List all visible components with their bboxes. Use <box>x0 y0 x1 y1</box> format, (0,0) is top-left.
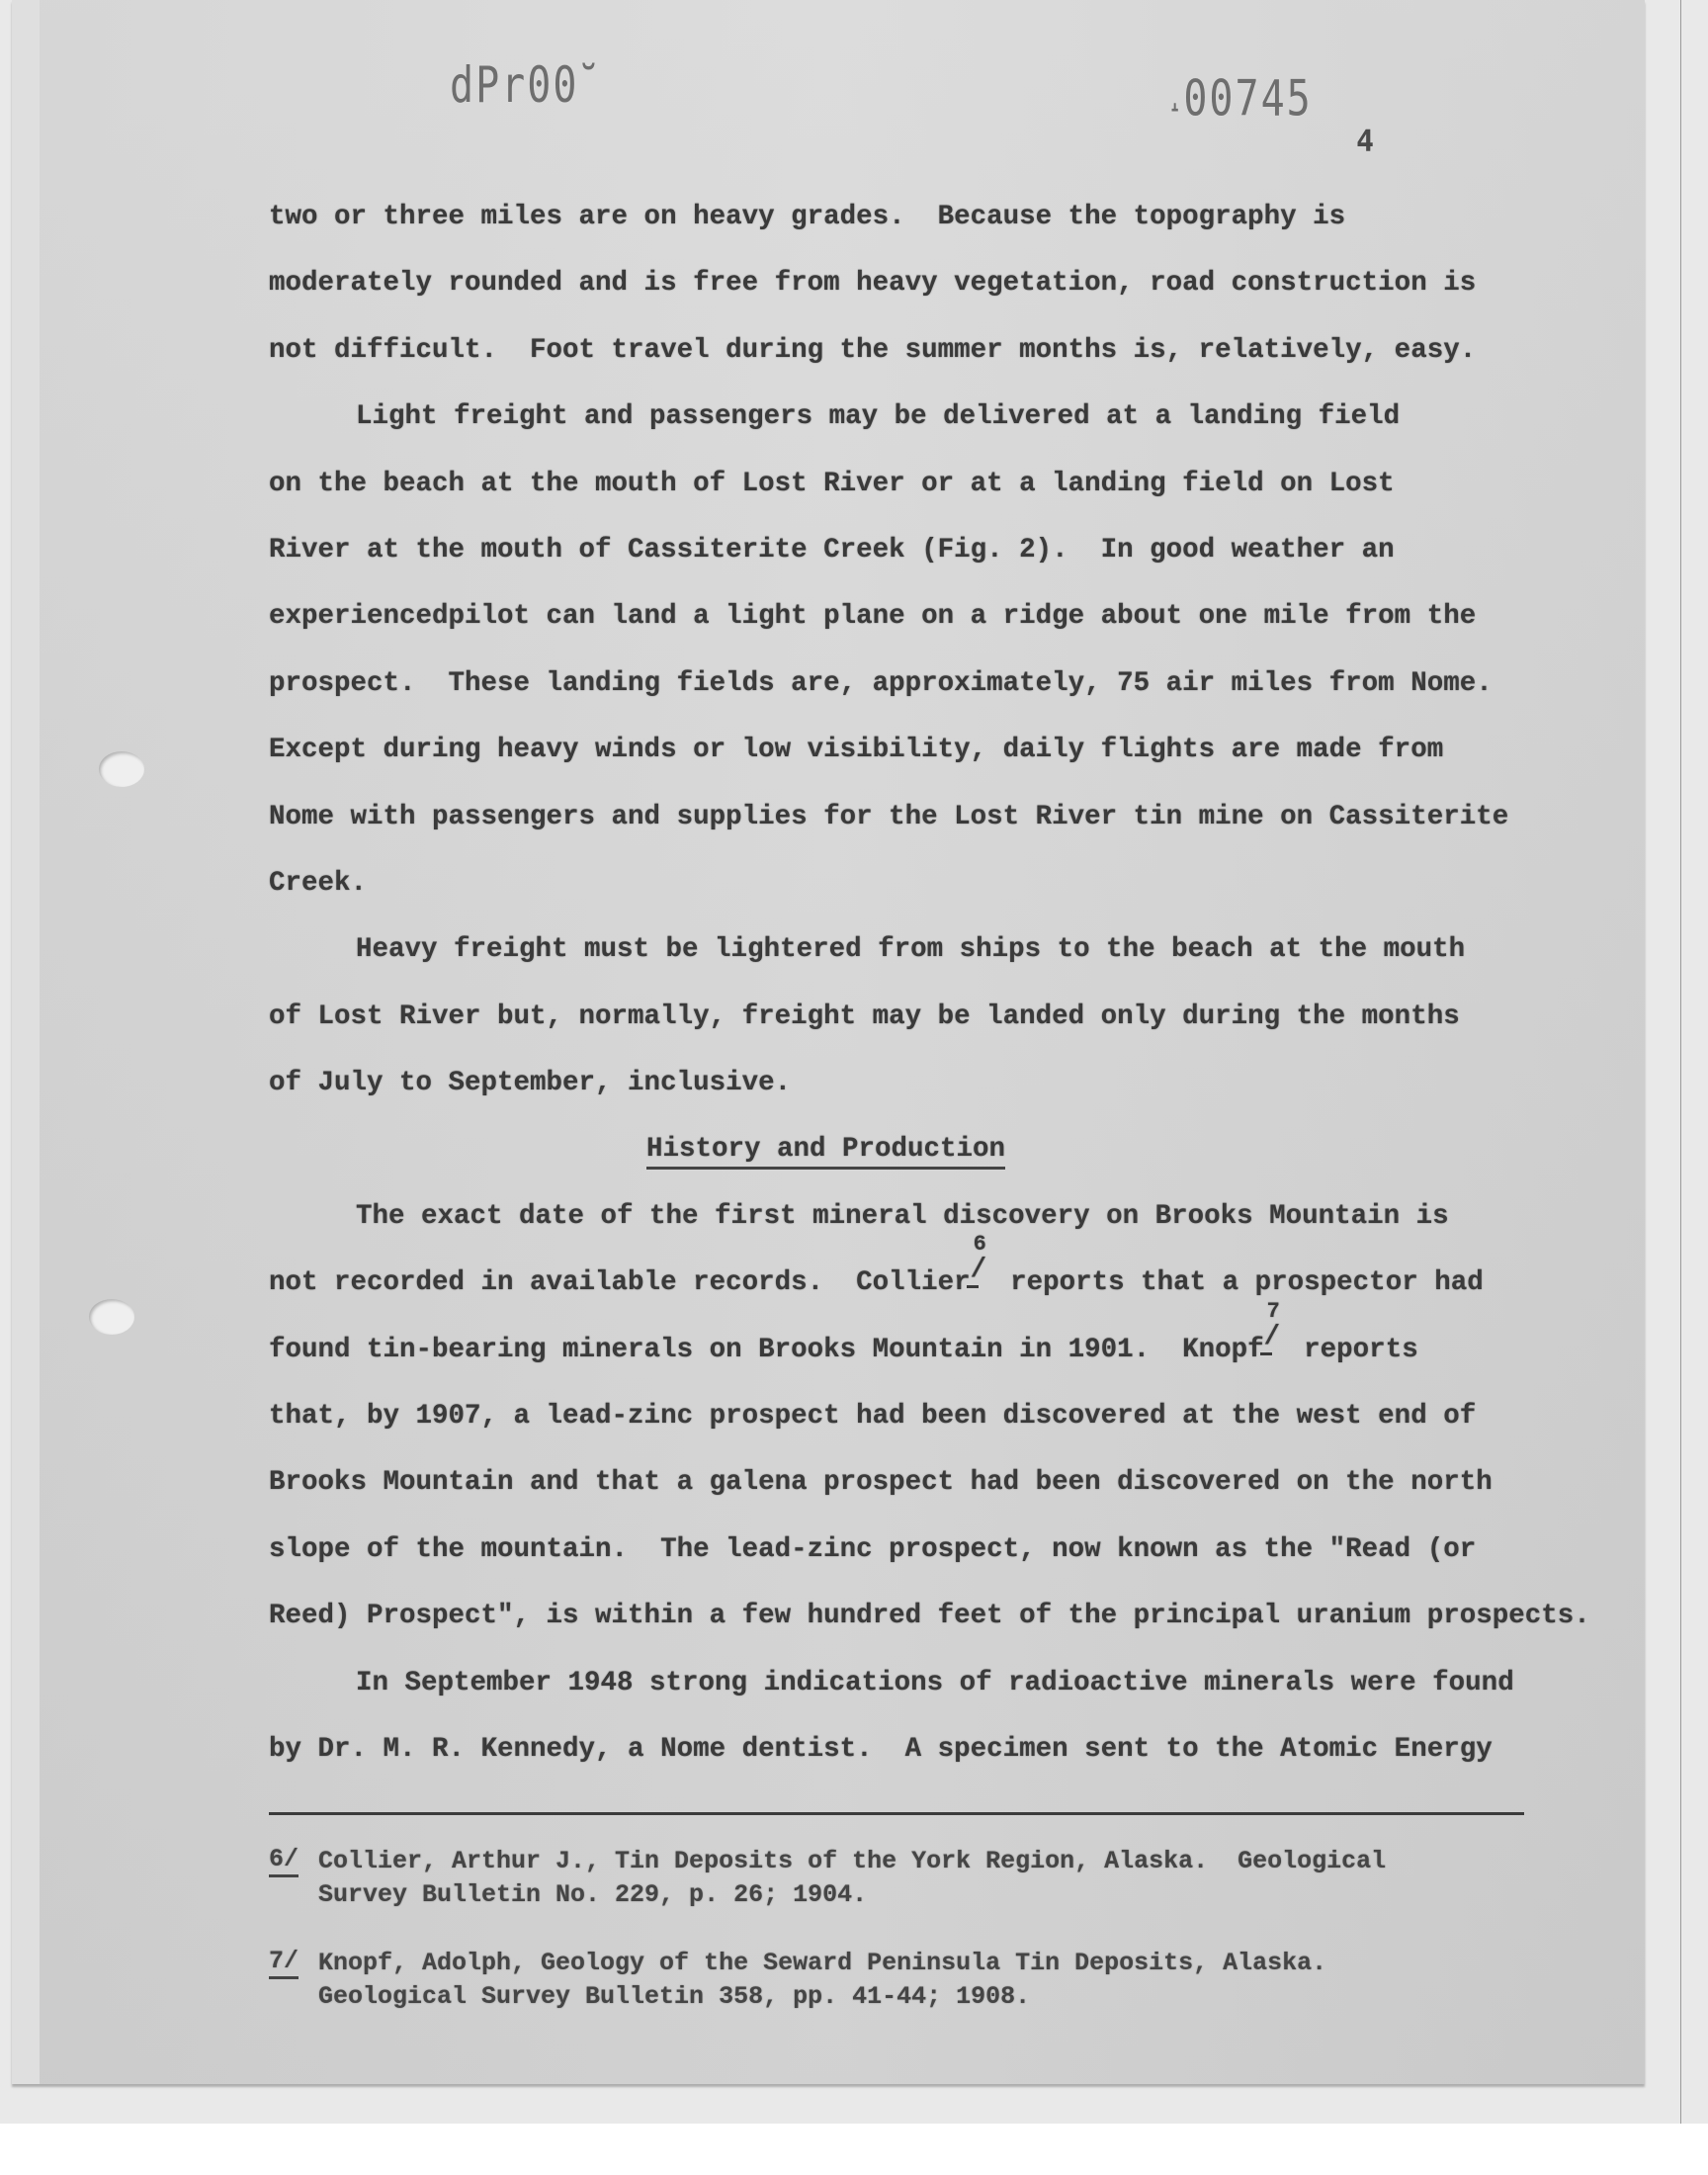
section-heading: History and Production <box>269 1116 1633 1182</box>
footnote-reference-number: 7 <box>1267 1301 1280 1323</box>
footnote-line: Knopf, Adolph, Geology of the Seward Pen… <box>318 1947 1633 1980</box>
text-line: found tin-bearing minerals on Brooks Mou… <box>269 1317 1633 1383</box>
footnote-7: 7/ Knopf, Adolph, Geology of the Seward … <box>269 1947 1633 2014</box>
text-line: not recorded in available records. Colli… <box>269 1250 1633 1316</box>
footnote-reference-number: 6 <box>974 1234 986 1256</box>
footnote-slash-icon: / <box>971 1256 987 1285</box>
text-line: on the beach at the mouth of Lost River … <box>269 451 1633 517</box>
punch-hole-top <box>99 751 144 787</box>
scanner-edge-line <box>1680 0 1681 2124</box>
text-line: Nome with passengers and supplies for th… <box>269 784 1633 850</box>
text-line: Except during heavy winds or low visibil… <box>269 717 1633 783</box>
text-line: Light freight and passengers may be deli… <box>269 384 1633 450</box>
footnote-marker: 6/ <box>269 1845 299 1877</box>
text-line: slope of the mountain. The lead-zinc pro… <box>269 1517 1633 1583</box>
text-line: The exact date of the first mineral disc… <box>269 1183 1633 1250</box>
text-line: not difficult. Foot travel during the su… <box>269 317 1633 384</box>
text-line: by Dr. M. R. Kennedy, a Nome dentist. A … <box>269 1716 1633 1783</box>
document-stamp-right: ˔00745 <box>1168 69 1313 128</box>
footnote-6: 6/ Collier, Arthur J., Tin Deposits of t… <box>269 1845 1633 1912</box>
text-line: Heavy freight must be lightered from shi… <box>269 916 1633 983</box>
text-line: moderately rounded and is free from heav… <box>269 250 1633 316</box>
footnote-marker: 7/ <box>269 1947 299 1979</box>
text-segment: reports <box>1288 1335 1418 1365</box>
footnote-line: Geological Survey Bulletin 358, pp. 41-4… <box>318 1980 1633 2014</box>
text-line: of Lost River but, normally, freight may… <box>269 984 1633 1050</box>
footnote-reference-6[interactable]: 6/ <box>971 1260 994 1289</box>
text-line: that, by 1907, a lead-zinc prospect had … <box>269 1383 1633 1449</box>
footnote-slash-icon: / <box>1264 1323 1281 1352</box>
page-number: 4 <box>1356 125 1374 159</box>
footnote-underline <box>967 1285 979 1288</box>
footnote-reference-7[interactable]: 7/ <box>1264 1327 1288 1356</box>
document-stamp-left: dPr00̆ <box>450 57 578 115</box>
section-heading-text: History and Production <box>646 1134 1005 1170</box>
text-line: two or three miles are on heavy grades. … <box>269 184 1633 250</box>
text-line: of July to September, inclusive. <box>269 1050 1633 1116</box>
text-segment: not recorded in available records. Colli… <box>269 1267 971 1298</box>
page-margin-band <box>12 0 40 2084</box>
text-segment: reports that a prospector had <box>994 1267 1484 1298</box>
footnote-line: Collier, Arthur J., Tin Deposits of the … <box>318 1845 1633 1878</box>
text-line: prospect. These landing fields are, appr… <box>269 651 1633 717</box>
text-line: Reed) Prospect", is within a few hundred… <box>269 1583 1633 1649</box>
footnote-line: Survey Bulletin No. 229, p. 26; 1904. <box>318 1878 1633 1912</box>
footnote-separator-rule <box>269 1812 1524 1815</box>
footnote-underline <box>1260 1352 1272 1355</box>
footnotes: 6/ Collier, Arthur J., Tin Deposits of t… <box>269 1845 1633 2048</box>
text-segment: found tin-bearing minerals on Brooks Mou… <box>269 1335 1264 1365</box>
text-line: In September 1948 strong indications of … <box>269 1650 1633 1716</box>
document-body: two or three miles are on heavy grades. … <box>269 184 1633 1783</box>
text-line: Creek. <box>269 850 1633 916</box>
text-line: Brooks Mountain and that a galena prospe… <box>269 1449 1633 1516</box>
punch-hole-bottom <box>89 1299 134 1335</box>
text-line: River at the mouth of Cassiterite Creek … <box>269 517 1633 583</box>
text-line: experiencedpilot can land a light plane … <box>269 583 1633 650</box>
